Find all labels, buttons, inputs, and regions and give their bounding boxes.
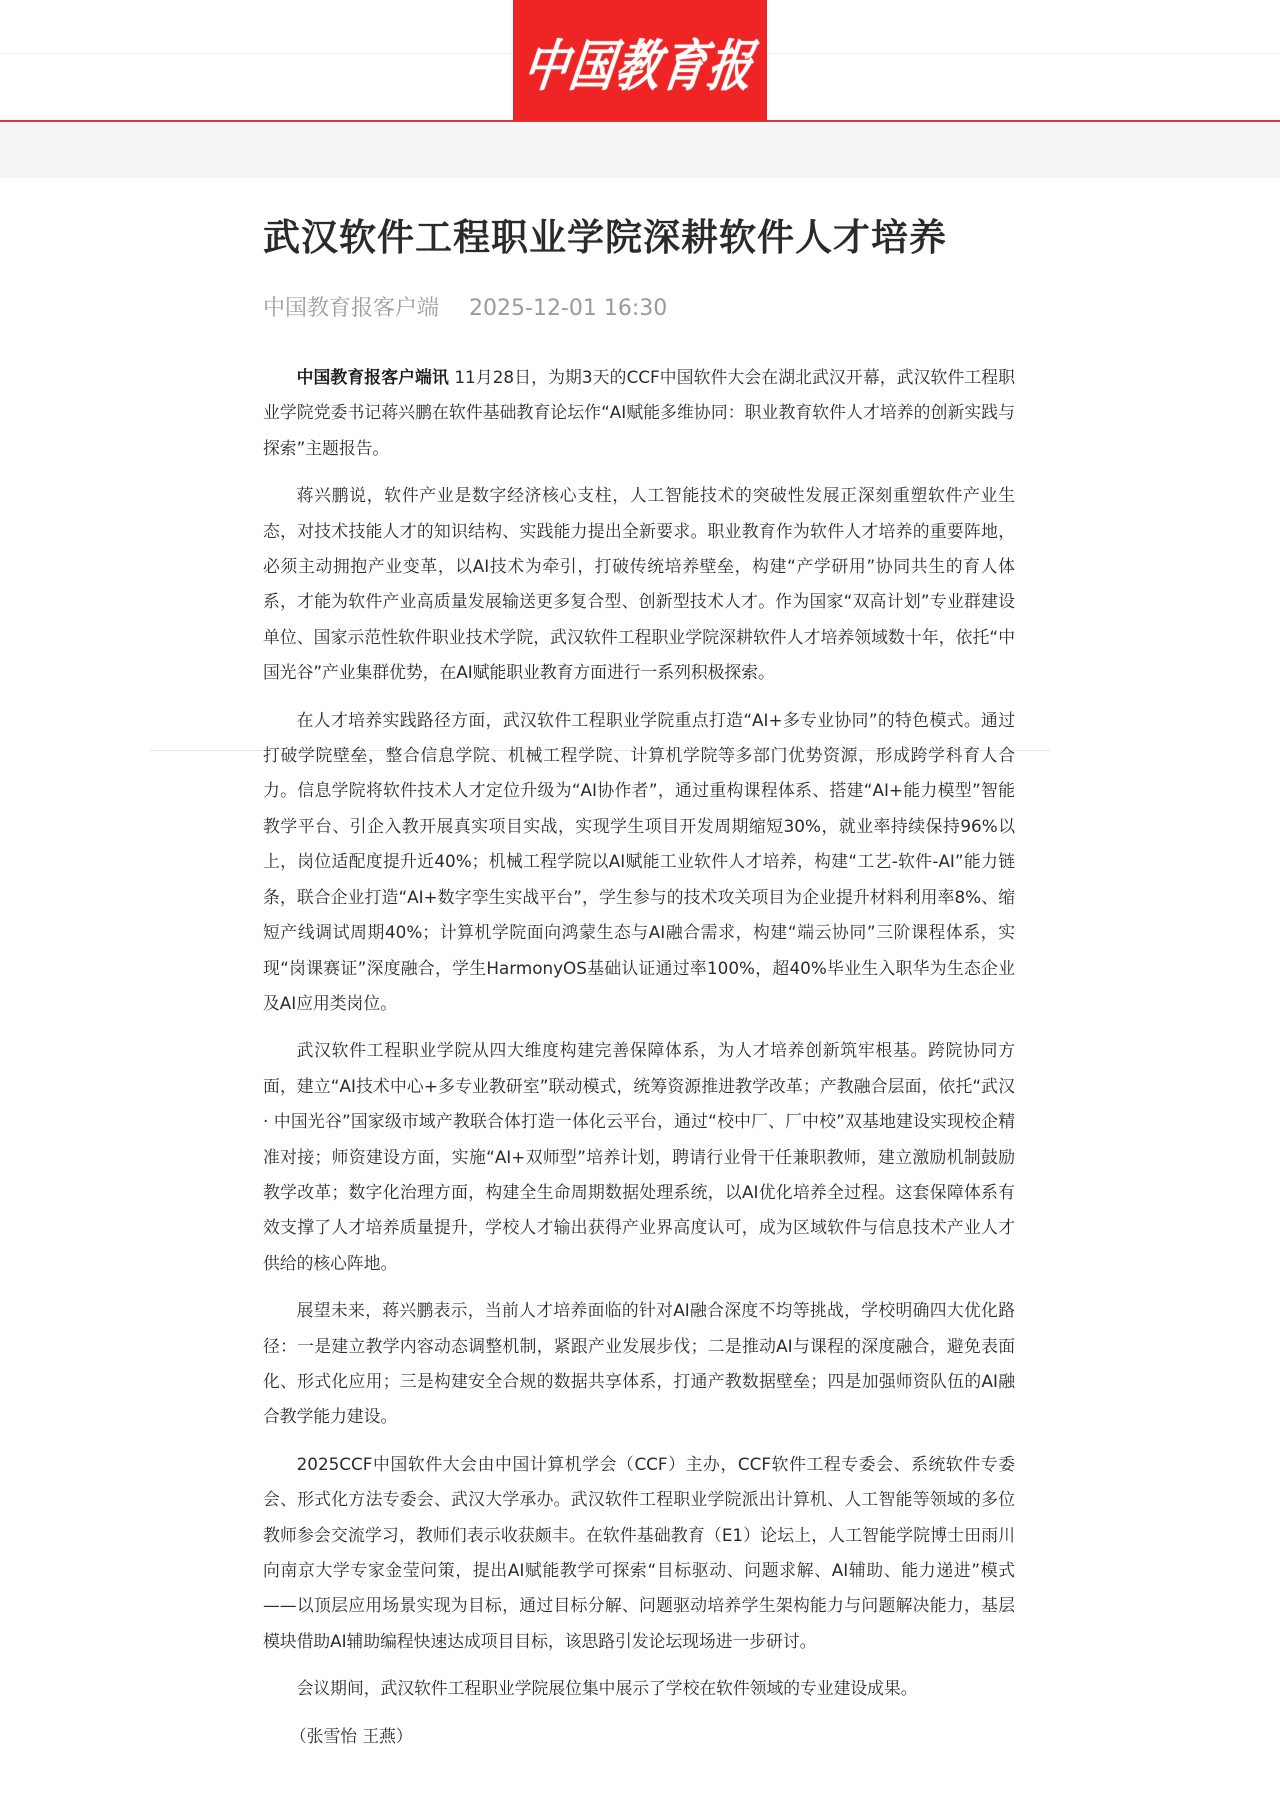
paragraph-4: 武汉软件工程职业学院从四大维度构建完善保障体系，为人才培养创新筑牢根基。跨院协同… bbox=[263, 1033, 1015, 1281]
paragraph-5: 展望未来，蒋兴鹏表示，当前人才培养面临的针对AI融合深度不均等挑战，学校明确四大… bbox=[263, 1293, 1015, 1435]
dateline: 中国教育报客户端讯 bbox=[297, 367, 449, 387]
paragraph-1: 中国教育报客户端讯 11月28日，为期3天的CCF中国软件大会在湖北武汉开幕，武… bbox=[263, 360, 1015, 466]
paragraph-text: 蒋兴鹏说，软件产业是数字经济核心支柱，人工智能技术的突破性发展正深刻重塑软件产业… bbox=[263, 485, 1015, 682]
article-datetime: 2025-12-01 16:30 bbox=[469, 293, 667, 325]
article-title: 武汉软件工程职业学院深耕软件人才培养 bbox=[263, 207, 1015, 269]
site-header: 中国教育报 bbox=[0, 0, 1280, 122]
paragraph-3: 在人才培养实践路径方面，武汉软件工程职业学院重点打造“AI+多专业协同”的特色模… bbox=[263, 703, 1015, 1022]
paragraph-text: 展望未来，蒋兴鹏表示，当前人才培养面临的针对AI融合深度不均等挑战，学校明确四大… bbox=[263, 1300, 1015, 1426]
paragraph-text: 会议期间，武汉软件工程职业学院展位集中展示了学校在软件领域的专业建设成果。 bbox=[297, 1678, 918, 1698]
paragraph-text: 在人才培养实践路径方面，武汉软件工程职业学院重点打造“AI+多专业协同”的特色模… bbox=[263, 710, 1015, 1013]
article: 武汉软件工程职业学院深耕软件人才培养 中国教育报客户端 2025-12-01 1… bbox=[263, 207, 1015, 1766]
header-gray-band bbox=[0, 122, 1280, 178]
paragraph-text: 武汉软件工程职业学院从四大维度构建完善保障体系，为人才培养创新筑牢根基。跨院协同… bbox=[263, 1040, 1015, 1272]
site-logo[interactable]: 中国教育报 bbox=[513, 0, 767, 121]
article-source: 中国教育报客户端 bbox=[263, 293, 439, 325]
logo-text: 中国教育报 bbox=[519, 21, 760, 101]
article-meta: 中国教育报客户端 2025-12-01 16:30 bbox=[263, 293, 1015, 325]
paragraph-7: 会议期间，武汉软件工程职业学院展位集中展示了学校在软件领域的专业建设成果。 bbox=[263, 1671, 1015, 1706]
paragraph-2: 蒋兴鹏说，软件产业是数字经济核心支柱，人工智能技术的突破性发展正深刻重塑软件产业… bbox=[263, 478, 1015, 690]
paragraph-text: 2025CCF中国软件大会由中国计算机学会（CCF）主办，CCF软件工程专委会、… bbox=[263, 1454, 1015, 1651]
article-author: （张雪怡 王燕） bbox=[263, 1719, 1015, 1754]
article-body: 中国教育报客户端讯 11月28日，为期3天的CCF中国软件大会在湖北武汉开幕，武… bbox=[263, 360, 1015, 1754]
paragraph-6: 2025CCF中国软件大会由中国计算机学会（CCF）主办，CCF软件工程专委会、… bbox=[263, 1447, 1015, 1659]
